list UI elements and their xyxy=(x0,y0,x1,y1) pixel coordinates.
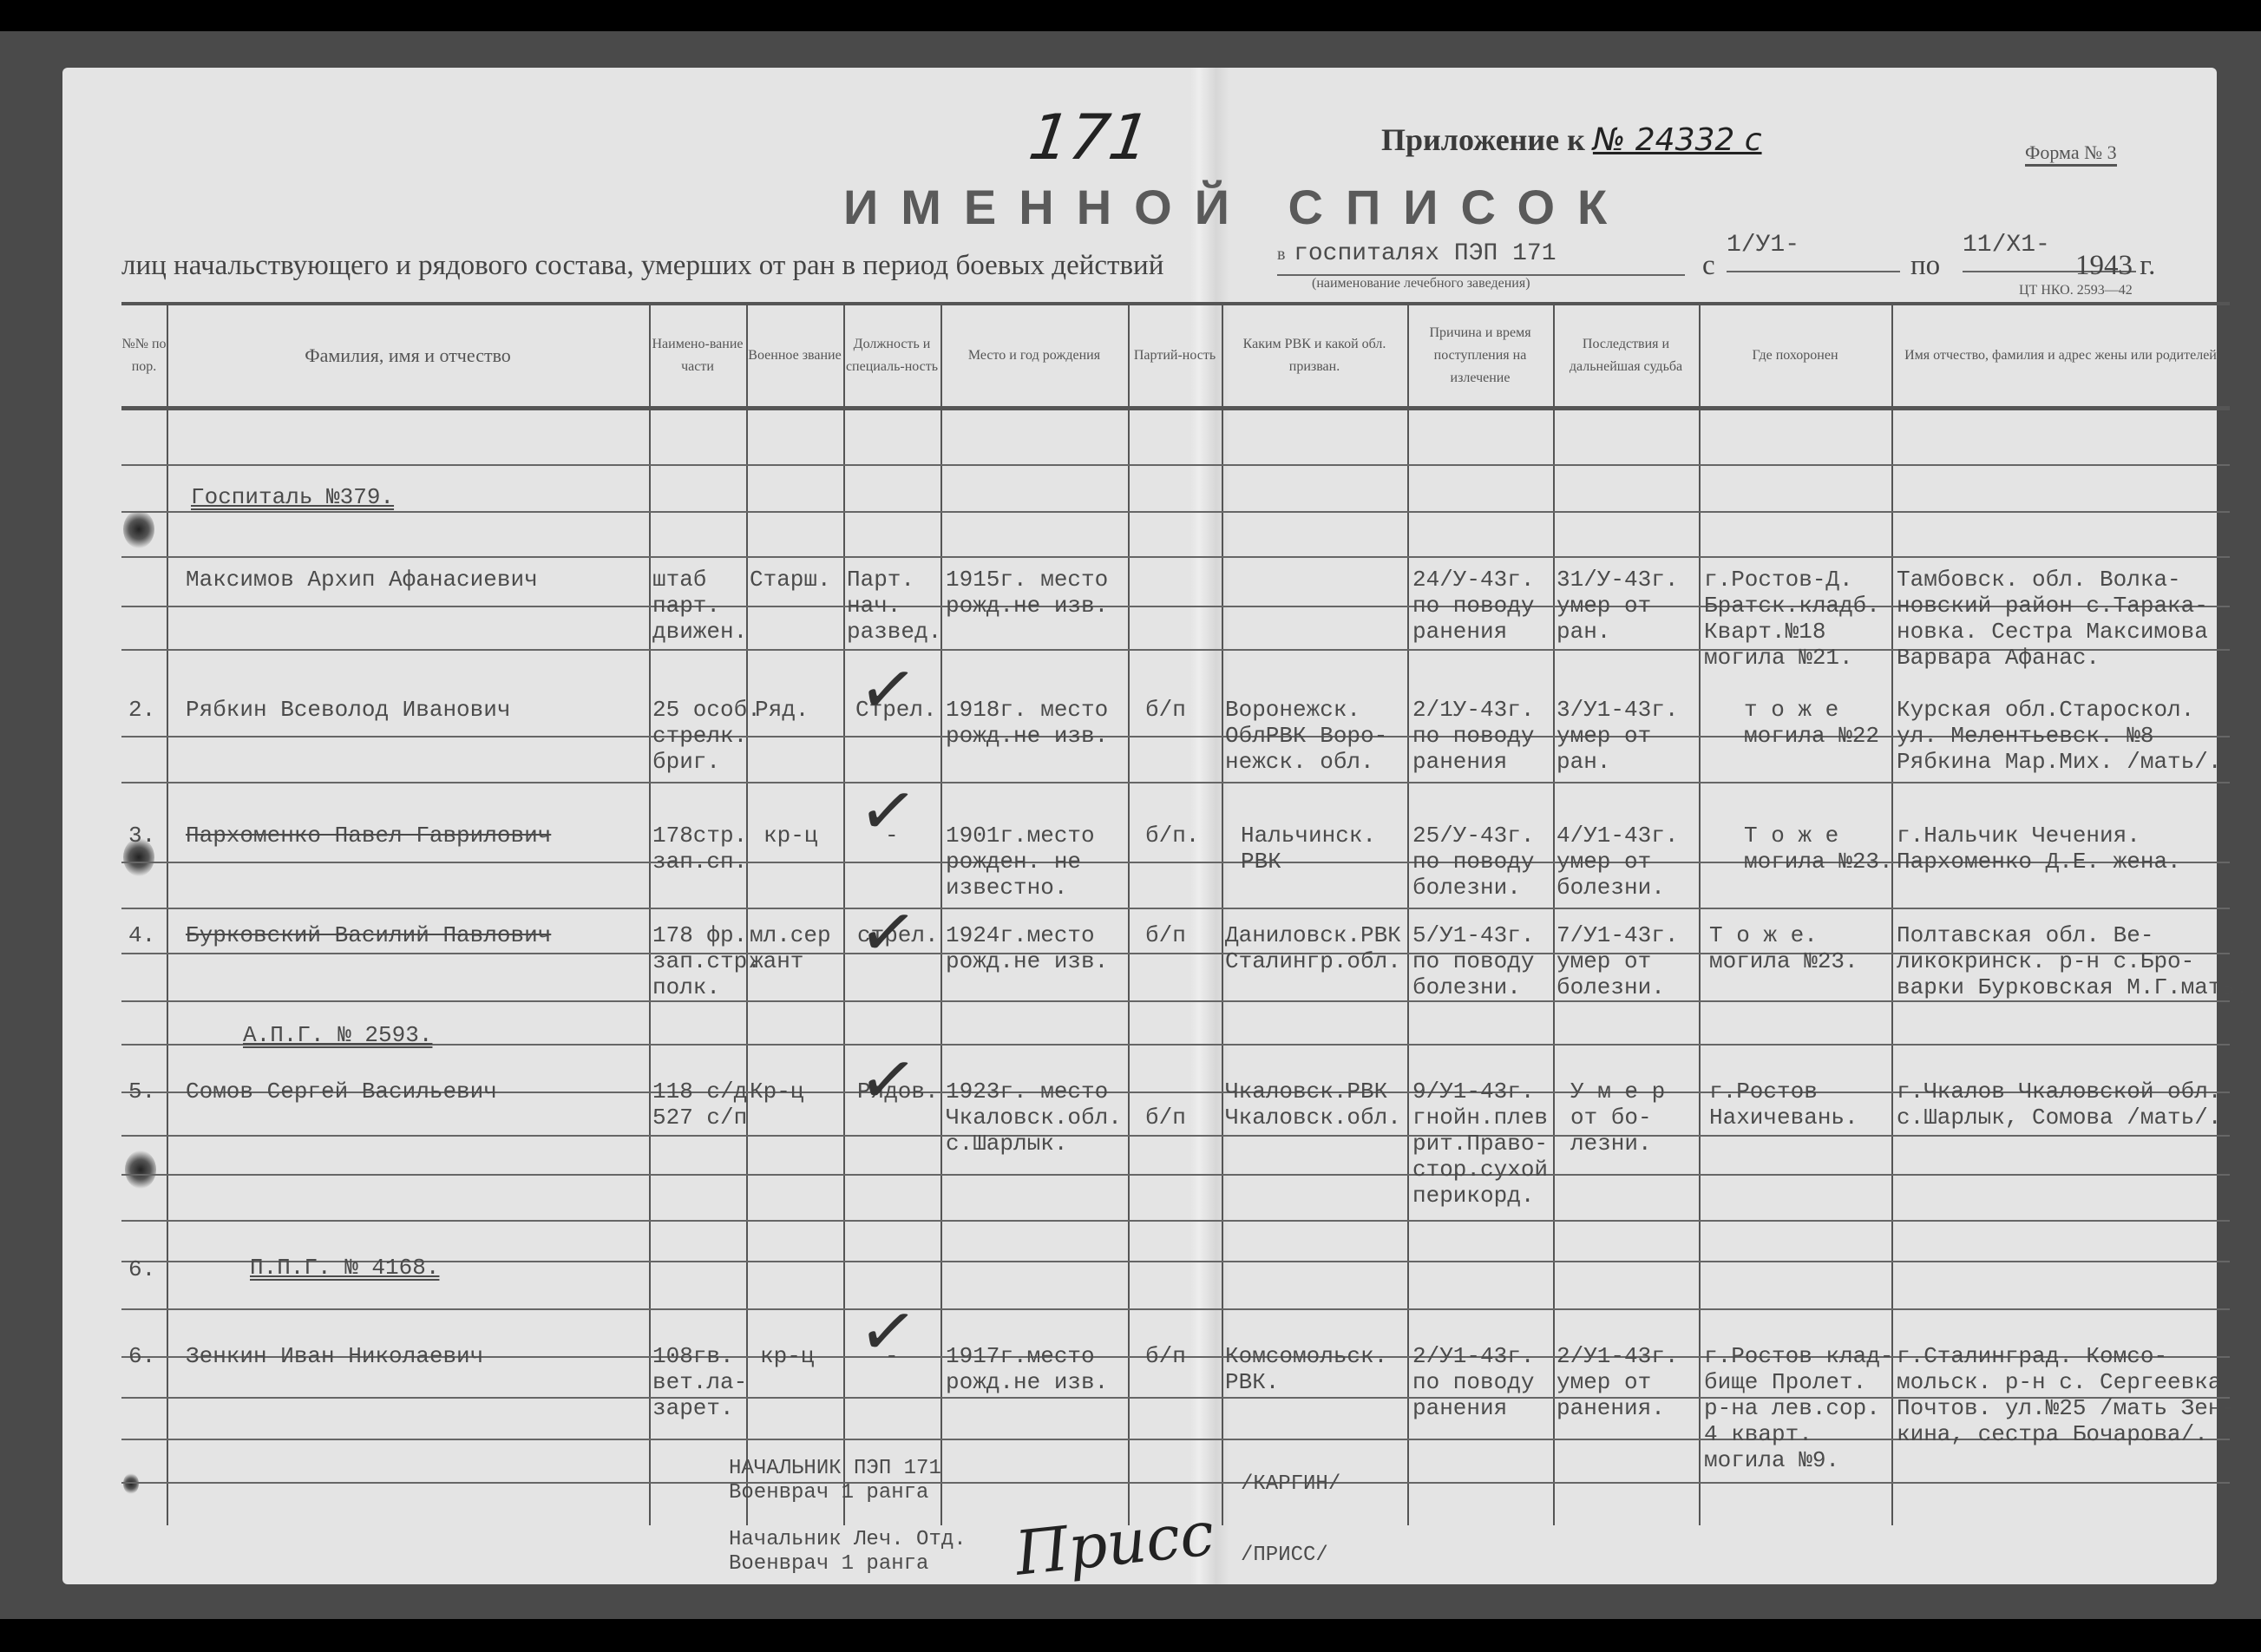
column-divider xyxy=(1553,302,1555,1525)
ruled-line xyxy=(121,908,2230,909)
ruled-line xyxy=(121,1174,2230,1176)
med-name: /ПРИСС/ xyxy=(1241,1543,1328,1569)
column-divider xyxy=(843,302,845,1525)
rank: мл.сер жант xyxy=(750,922,831,974)
header-rvk: Каким РВК и какой обл. призван. xyxy=(1222,309,1407,403)
from-label: с xyxy=(1702,250,1715,282)
birth: 1915г. место рожд.не изв. xyxy=(946,567,1108,619)
full-name: Рябкин Всеволод Иванович xyxy=(186,697,510,723)
checkmark-icon: ✓ xyxy=(854,1288,922,1375)
full-name: Бурковский Василий Павлович xyxy=(186,922,551,948)
header-unit: Наимено-вание части xyxy=(649,309,746,403)
rank: Кр-ц xyxy=(750,1078,803,1105)
party: б/п. xyxy=(1145,823,1199,849)
birth: 1901г.место рожден. не известно. xyxy=(946,823,1095,901)
column-divider xyxy=(649,302,651,1525)
archive-number: 171 xyxy=(1025,101,1154,174)
rank: кр-ц xyxy=(760,1343,814,1369)
checkmark-icon: ✓ xyxy=(854,767,922,855)
header-relatives: Имя отчество, фамилия и адрес жены или р… xyxy=(1891,309,2230,403)
burial: г.Ростов клад- бище Пролет. р-на лев.сор… xyxy=(1704,1343,1893,1473)
relatives: г.Сталинград. Комсо- мольск. р-н с. Серг… xyxy=(1897,1343,2235,1447)
header-rank: Военное звание xyxy=(746,309,843,403)
outcome: 4/У1-43г. умер от болезни. xyxy=(1556,823,1678,901)
appendix-reference: Приложение к № 24332 с xyxy=(1381,121,1762,158)
unit: 25 особ. стрелк. бриг. xyxy=(652,697,761,775)
rank: Ряд. xyxy=(755,697,809,723)
birth: 1924г.место рожд.не изв. xyxy=(946,922,1108,974)
header-party: Партий-ность xyxy=(1128,309,1222,403)
column-divider xyxy=(1699,302,1701,1525)
party: б/п xyxy=(1145,922,1186,948)
table-top-rule xyxy=(121,302,2230,305)
header-full-name: Фамилия, имя и отчество xyxy=(167,309,649,403)
position: Парт. нач. развед. xyxy=(847,567,941,645)
unit: штаб парт. движен. xyxy=(652,567,747,645)
outcome: 2/У1-43г. умер от ранения. xyxy=(1556,1343,1678,1421)
rank: Старш. xyxy=(750,567,831,593)
header-outcome: Последствия и дальнейшая судьба xyxy=(1553,309,1699,403)
burial: Т о ж е. могила №23. xyxy=(1709,922,1858,974)
column-divider xyxy=(1407,302,1409,1525)
checkmark-icon: ✓ xyxy=(854,888,922,976)
chief-rank: Военврач 1 ранга xyxy=(729,1480,928,1506)
to-label: по xyxy=(1910,250,1940,282)
ruled-line xyxy=(121,1000,2230,1002)
rvk: Нальчинск. РВК xyxy=(1241,823,1376,875)
appendix-number: № 24332 с xyxy=(1593,122,1762,158)
party: б/п xyxy=(1145,1343,1186,1369)
admission: 5/У1-43г. по поводу болезни. xyxy=(1412,922,1534,1000)
checkmark-icon: ✓ xyxy=(854,1036,922,1124)
ruled-line xyxy=(121,511,2230,513)
ruled-line xyxy=(121,1220,2230,1222)
outcome: У м е р от бо- лезни. xyxy=(1570,1078,1665,1157)
checkmark-icon: ✓ xyxy=(854,646,922,733)
rvk: Комсомольск. РВК. xyxy=(1225,1343,1387,1395)
document-page: 171 Приложение к № 24332 с Форма № 3 ИМЕ… xyxy=(62,68,2217,1584)
section-number: 6. xyxy=(128,1256,155,1282)
column-divider xyxy=(167,302,168,1525)
casualty-table: №№ по пор. Фамилия, имя и отчество Наиме… xyxy=(121,302,2230,1534)
document-title: ИМЕННОЙ СПИСОК xyxy=(843,179,1629,235)
med-rank: Военврач 1 ранга xyxy=(729,1551,928,1577)
row-number: 5. xyxy=(128,1078,155,1105)
party: б/п xyxy=(1145,697,1186,723)
full-name: Зенкин Иван Николаевич xyxy=(186,1343,483,1369)
relatives: г.Чкалов Чкаловской обл. с.Шарлык, Сомов… xyxy=(1897,1078,2221,1131)
header-burial: Где похоронен xyxy=(1699,309,1891,403)
rvk: Чкаловск.РВК Чкаловск.обл. xyxy=(1225,1078,1401,1131)
party: б/п xyxy=(1145,1105,1186,1131)
outcome: 3/У1-43г. умер от ран. xyxy=(1556,697,1678,775)
relatives: Курская обл.Староскол. ул. Мелентьевск. … xyxy=(1897,697,2221,775)
printer-code: ЦТ НКО. 2593—42 xyxy=(2019,283,2133,298)
section-hospital-379: Госпиталь №379. xyxy=(191,484,394,510)
column-divider xyxy=(1222,302,1223,1525)
header-number: №№ по пор. xyxy=(121,309,167,403)
column-divider xyxy=(1128,302,1130,1525)
burial: Т о ж е могила №23. xyxy=(1744,823,1893,875)
section-apg-2593: А.П.Г. № 2593. xyxy=(243,1022,432,1048)
rvk: Даниловск.РВК Сталингр.обл. xyxy=(1225,922,1401,974)
handwritten-signature: Присс xyxy=(1012,1498,1217,1590)
admission: 24/У-43г. по поводу ранения xyxy=(1412,567,1534,645)
ruled-line xyxy=(121,1482,2230,1484)
row-number: 3. xyxy=(128,823,155,849)
from-date: 1/У1- xyxy=(1727,233,1900,272)
institution-value: госпиталях ПЭП 171 xyxy=(1294,240,1556,267)
ruled-line xyxy=(121,464,2230,466)
med-title: Начальник Леч. Отд. xyxy=(729,1527,967,1553)
header-birth: Место и год рождения xyxy=(940,309,1128,403)
outcome: 7/У1-43г. умер от болезни. xyxy=(1556,922,1678,1000)
header-bottom-rule xyxy=(121,406,2230,410)
full-name: Сомов Сергей Васильевич xyxy=(186,1078,497,1105)
unit: 178стр. зап.сп. xyxy=(652,823,747,875)
section-ppg-4168: П.П.Г. № 4168. xyxy=(250,1255,439,1281)
document-subtitle: лиц начальствующего и рядового состава, … xyxy=(121,250,1163,282)
outcome: 31/У-43г. умер от ран. xyxy=(1556,567,1678,645)
chief-title: НАЧАЛЬНИК ПЭП 171 xyxy=(729,1456,941,1482)
ruled-line xyxy=(121,782,2230,783)
rank: кр-ц xyxy=(763,823,817,849)
burial: т о ж е могила №22 xyxy=(1744,697,1879,749)
unit: 118 с/д 527 с/п xyxy=(652,1078,747,1131)
form-number: Форма № 3 xyxy=(2025,141,2117,167)
institution-caption: (наименование лечебного заведения) xyxy=(1312,276,1530,292)
header-position: Должность и специаль-ность xyxy=(843,309,940,403)
admission: 2/У1-43г. по поводу ранения xyxy=(1412,1343,1534,1421)
institution-field: в госпиталях ПЭП 171 xyxy=(1277,241,1685,276)
birth: 1923г. место Чкаловск.обл. с.Шарлык. xyxy=(946,1078,1122,1157)
ruled-line xyxy=(121,556,2230,558)
row-number: 2. xyxy=(128,697,155,723)
appendix-label: Приложение к xyxy=(1381,122,1585,157)
rvk: Воронежск. ОблРВК Воро- нежск. обл. xyxy=(1225,697,1387,775)
row-number: 6. xyxy=(128,1343,155,1369)
full-name: Максимов Архип Афанасиевич xyxy=(186,567,538,593)
column-divider xyxy=(1891,302,1893,1525)
ruled-line xyxy=(121,1044,2230,1046)
row-number: 4. xyxy=(128,922,155,948)
birth: 1918г. место рожд.не изв. xyxy=(946,697,1108,749)
burial: г.Ростов-Д. Братск.кладб. Кварт.№18 моги… xyxy=(1704,567,1880,671)
burial: г.Ростов Нахичевань. xyxy=(1709,1078,1858,1131)
year: 1943 г. xyxy=(2075,250,2155,282)
ruled-line xyxy=(121,1135,2230,1137)
unit: 178 фр. зап.стр. полк. xyxy=(652,922,761,1000)
relatives: Полтавская обл. Ве- ликокринск. р-н с.Бр… xyxy=(1897,922,2249,1000)
chief-name: /КАРГИН/ xyxy=(1241,1472,1340,1498)
admission: 2/1У-43г. по поводу ранения xyxy=(1412,697,1534,775)
unit: 108гв. вет.ла- зарет. xyxy=(652,1343,747,1421)
full-name: Пархоменко Павел Гаврилович xyxy=(186,823,551,849)
relatives: Тамбовск. обл. Волка- новский район с.Та… xyxy=(1897,567,2208,671)
column-divider xyxy=(940,302,942,1525)
admission: 25/У-43г. по поводу болезни. xyxy=(1412,823,1534,901)
ruled-line xyxy=(121,1308,2230,1310)
column-divider xyxy=(746,302,748,1525)
header-admission: Причина и время поступления на излечение xyxy=(1407,309,1553,403)
admission: 9/У1-43г. гнойн.плев рит.Право- стор.сух… xyxy=(1412,1078,1548,1209)
relatives: г.Нальчик Чечения. Пархоменко Д.Е. жена. xyxy=(1897,823,2181,875)
birth: 1917г.место рожд.не изв. xyxy=(946,1343,1108,1395)
